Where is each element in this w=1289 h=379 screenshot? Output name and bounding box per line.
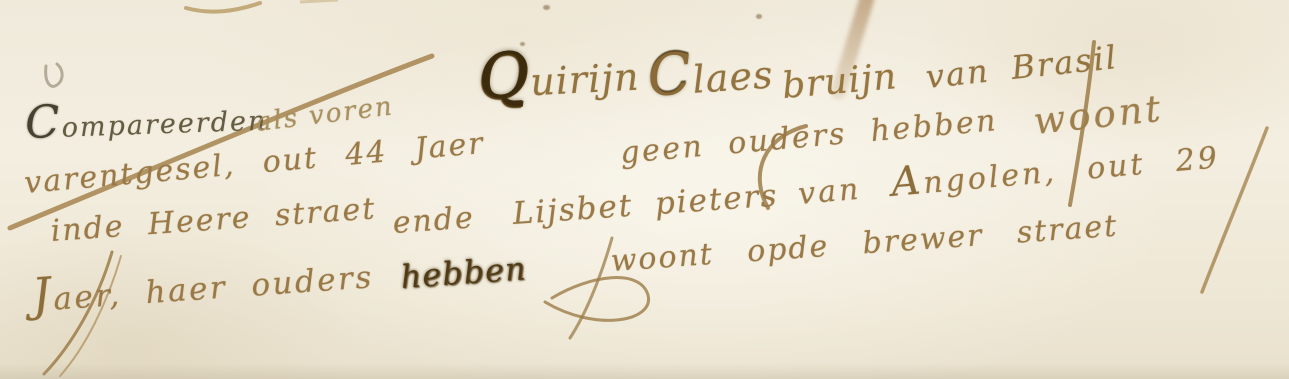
bride-origin-pre: van: [797, 169, 893, 212]
groom-first-name-rest: uirijn: [529, 55, 640, 105]
top-edge-remnant-stroke: [186, 3, 260, 12]
blotted-initial: Q: [476, 37, 532, 113]
check-mark: [46, 64, 62, 86]
swash-initial: A: [889, 157, 925, 206]
bride-origin-rest: ngolen, out 29: [922, 140, 1221, 201]
top-edge-remnant-stroke: [300, 0, 338, 2]
age-continuation-rest: aer, haer ouders: [52, 259, 375, 317]
phrase-als-voren: als voren: [254, 91, 395, 138]
residence-verb: woont: [1032, 87, 1166, 143]
ink-speck: [756, 14, 762, 19]
groom-patronym: bruijn: [780, 56, 898, 107]
descender-stroke: [570, 238, 612, 338]
heading-initial: C: [24, 95, 62, 149]
heading-word-compareerden: Compareerden: [24, 88, 268, 149]
groom-surname-rest: laes: [691, 52, 775, 102]
age-continuation: Jaer, haer ouders: [30, 244, 375, 322]
conjunction-ende: ende: [392, 200, 476, 241]
groom-surname: Claes: [645, 35, 775, 110]
manuscript-page: Compareerden als voren Quirijn Claes bru…: [0, 0, 1289, 379]
loop-flourish: [545, 278, 649, 321]
bride-name: Lijsbet pieters: [511, 178, 779, 232]
groom-origin: van Brasil: [924, 38, 1120, 96]
blotted-word-hebben: hebben: [399, 249, 527, 296]
swash-initial: J: [30, 267, 55, 322]
groom-first-name: Quirijn: [476, 32, 641, 113]
heading-rest: ompareerden: [61, 106, 268, 144]
swash-initial: C: [645, 41, 694, 110]
street-heerestraet: inde Heere straet: [50, 191, 378, 249]
ink-speck: [543, 5, 550, 10]
